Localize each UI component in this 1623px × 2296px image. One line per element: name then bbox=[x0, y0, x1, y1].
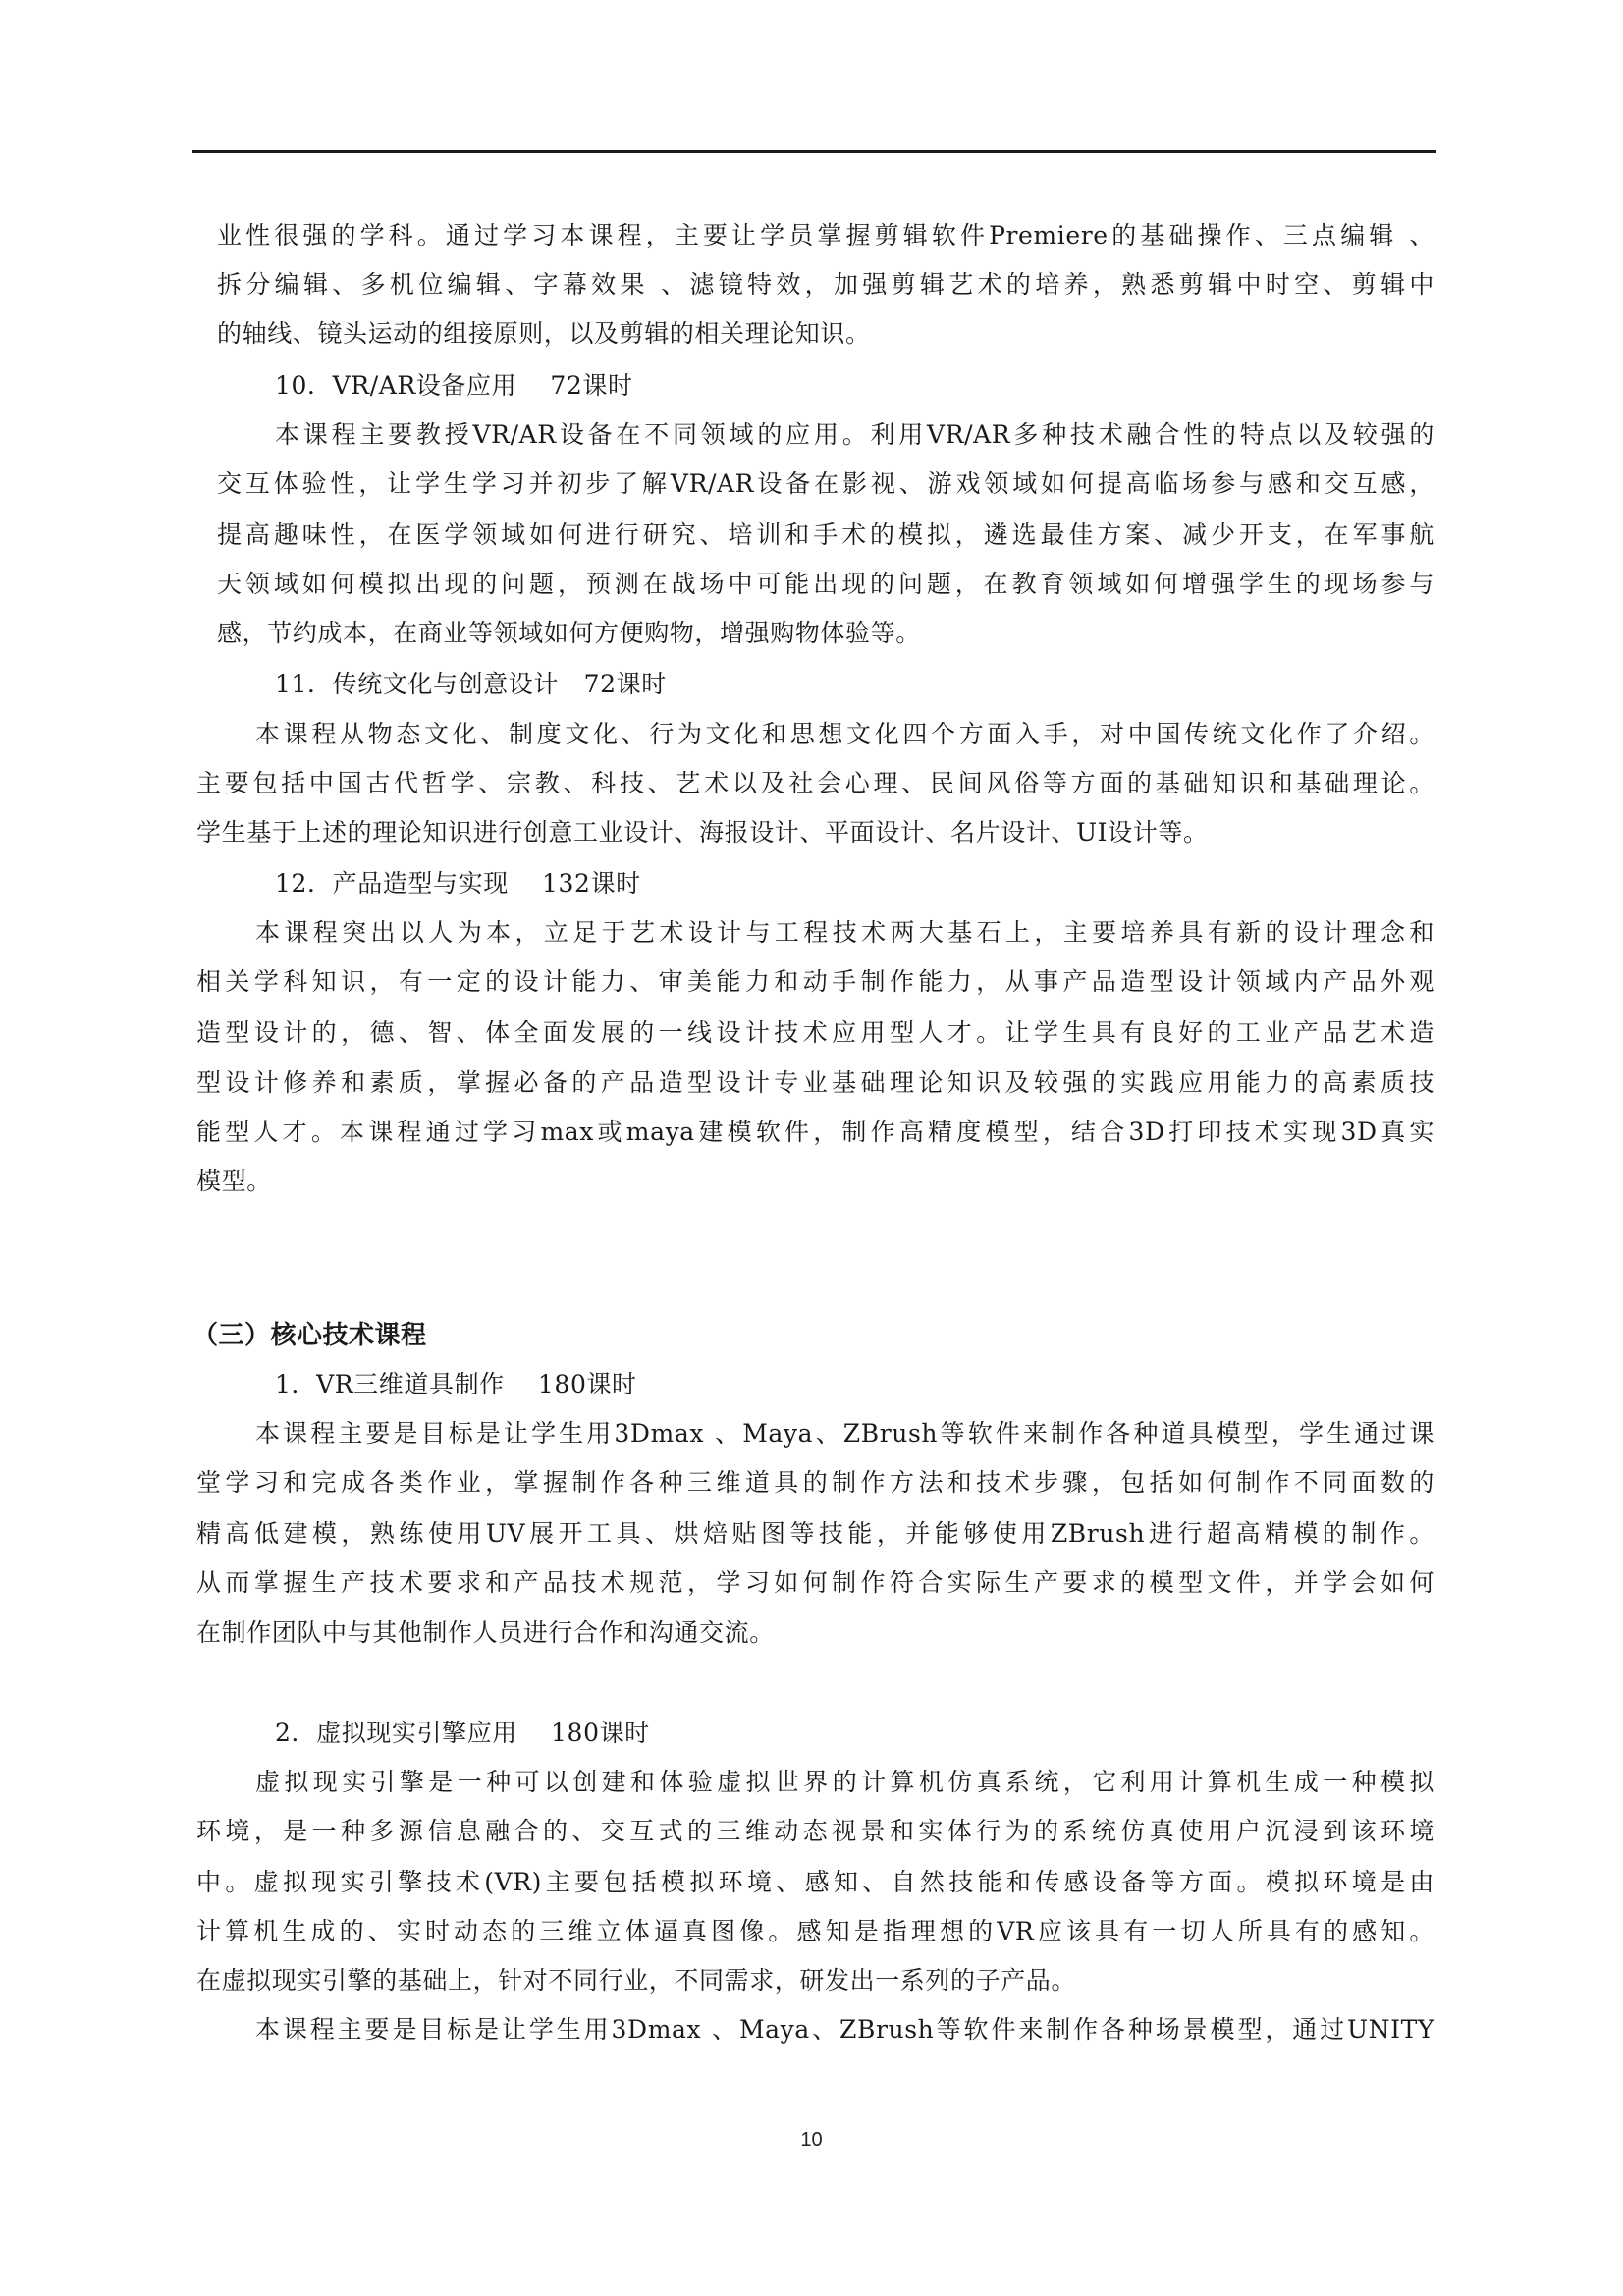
paragraph-line: 从而掌握生产技术要求和产品技术规范，学习如何制作符合实际生产要求的模型文件，并学… bbox=[196, 1568, 1434, 1598]
paragraph-line: 型设计修养和素质，掌握必备的产品造型设计专业基础理论知识及较强的实践应用能力的高… bbox=[196, 1068, 1434, 1098]
paragraph-line: 本课程主要教授VR/AR设备在不同领域的应用。利用VR/AR多种技术融合性的特点… bbox=[275, 420, 1434, 450]
paragraph-line: 业性很强的学科。通过学习本课程，主要让学员掌握剪辑软件Premiere的基础操作… bbox=[217, 221, 1434, 250]
paragraph-line: 拆分编辑、多机位编辑、字幕效果 、滤镜特效，加强剪辑艺术的培养，熟悉剪辑中时空、… bbox=[217, 270, 1434, 300]
paragraph-line: 主要包括中国古代哲学、宗教、科技、艺术以及社会心理、民间风俗等方面的基础知识和基… bbox=[196, 769, 1434, 798]
section-heading: （三）核心技术课程 bbox=[192, 1321, 427, 1350]
paragraph-line: 造型设计的，德、智、体全面发展的一线设计技术应用型人才。让学生具有良好的工业产品… bbox=[196, 1018, 1434, 1048]
paragraph-line: 中。虚拟现实引擎技术(VR)主要包括模拟环境、感知、自然技能和传感设备等方面。模… bbox=[196, 1868, 1434, 1897]
page-number: 10 bbox=[0, 2129, 1623, 2152]
paragraph-line: 相关学科知识，有一定的设计能力、审美能力和动手制作能力，从事产品造型设计领域内产… bbox=[196, 967, 1434, 997]
paragraph-line: 本课程主要是目标是让学生用3Dmax 、Maya、ZBrush等软件来制作各种道… bbox=[255, 1419, 1434, 1449]
header-rule bbox=[192, 150, 1436, 153]
course-heading: 1．VR三维道具制作 180课时 bbox=[275, 1370, 637, 1399]
paragraph-line: 感，节约成本，在商业等领域如何方便购物，增强购物体验等。 bbox=[217, 619, 921, 648]
course-heading: 12．产品造型与实现 132课时 bbox=[275, 869, 641, 899]
course-heading: 2．虚拟现实引擎应用 180课时 bbox=[275, 1719, 650, 1748]
paragraph-line: 环境，是一种多源信息融合的、交互式的三维动态视景和实体行为的系统仿真使用户沉浸到… bbox=[196, 1817, 1434, 1846]
paragraph-line: 本课程主要是目标是让学生用3Dmax 、Maya、ZBrush等软件来制作各种场… bbox=[255, 2015, 1434, 2045]
paragraph-line: 计算机生成的、实时动态的三维立体逼真图像。感知是指理想的VR应该具有一切人所具有… bbox=[196, 1917, 1434, 1946]
paragraph-line: 堂学习和完成各类作业，掌握制作各种三维道具的制作方法和技术步骤，包括如何制作不同… bbox=[196, 1468, 1434, 1498]
paragraph-line: 本课程从物态文化、制度文化、行为文化和思想文化四个方面入手，对中国传统文化作了介… bbox=[255, 720, 1434, 749]
paragraph-line: 在虚拟现实引擎的基础上，针对不同行业，不同需求，研发出一系列的子产品。 bbox=[196, 1966, 1076, 1995]
paragraph-line: 交互体验性，让学生学习并初步了解VR/AR设备在影视、游戏领域如何提高临场参与感… bbox=[217, 469, 1434, 499]
paragraph-line: 精高低建模，熟练使用UV展开工具、烘焙贴图等技能，并能够使用ZBrush进行超高… bbox=[196, 1519, 1434, 1549]
paragraph-line: 本课程突出以人为本，立足于艺术设计与工程技术两大基石上，主要培养具有新的设计理念… bbox=[255, 918, 1434, 948]
paragraph-line: 在制作团队中与其他制作人员进行合作和沟通交流。 bbox=[196, 1618, 775, 1648]
course-heading: 11．传统文化与创意设计 72课时 bbox=[275, 670, 667, 699]
paragraph-line: 的轴线、镜头运动的组接原则，以及剪辑的相关理论知识。 bbox=[217, 319, 871, 349]
paragraph-line: 学生基于上述的理论知识进行创意工业设计、海报设计、平面设计、名片设计、UI设计等… bbox=[196, 818, 1209, 847]
paragraph-line: 天领域如何模拟出现的问题，预测在战场中可能出现的问题，在教育领域如何增强学生的现… bbox=[217, 570, 1434, 599]
paragraph-line: 虚拟现实引擎是一种可以创建和体验虚拟世界的计算机仿真系统，它利用计算机生成一种模… bbox=[255, 1768, 1434, 1797]
paragraph-line: 提高趣味性，在医学领域如何进行研究、培训和手术的模拟，遴选最佳方案、减少开支，在… bbox=[217, 520, 1434, 550]
paragraph-line: 能型人才。本课程通过学习max或maya建模软件，制作高精度模型，结合3D打印技… bbox=[196, 1118, 1434, 1147]
course-heading: 10．VR/AR设备应用 72课时 bbox=[275, 371, 633, 401]
paragraph-line: 模型。 bbox=[196, 1167, 272, 1196]
